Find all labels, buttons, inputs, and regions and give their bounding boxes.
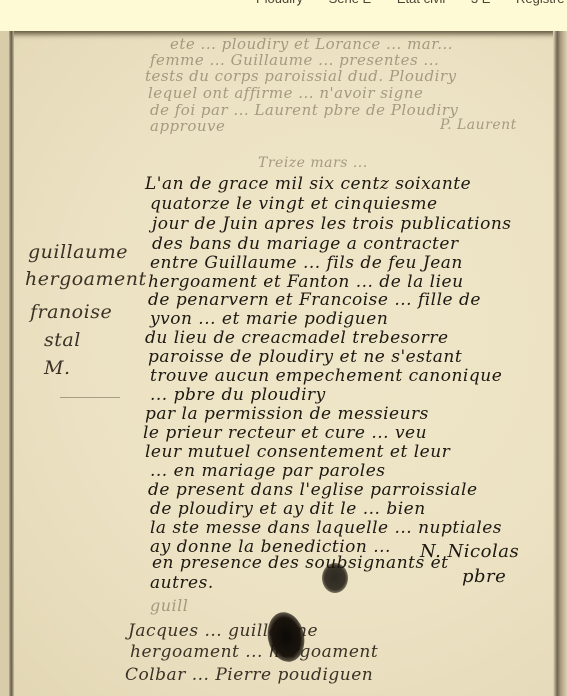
body-line: paroisse de ploudiry et ne s'estant bbox=[148, 347, 462, 367]
body-line: en presence des soubsignants et bbox=[152, 553, 449, 573]
body-line: trouve aucun empechement canonique bbox=[150, 366, 502, 386]
officiant-signature: N. Nicolas bbox=[420, 541, 519, 562]
body-line: des bans du mariage a contracter bbox=[152, 234, 459, 254]
page-binding-left bbox=[9, 31, 14, 696]
body-line: ... en mariage par paroles bbox=[150, 461, 385, 481]
body-line: par la permission de messieurs bbox=[145, 404, 429, 424]
officiant-title: pbre bbox=[462, 566, 506, 587]
body-line: de ploudiry et ay dit le ... bien bbox=[150, 499, 426, 519]
viewer-header: Ploudiry Série E Etat civil 3 E Registre bbox=[0, 0, 567, 31]
faded-line: lequel ont affirme ... n'avoir signe bbox=[148, 84, 423, 102]
page-edge-right bbox=[553, 31, 567, 696]
body-line: hergoament et Fanton ... de la lieu bbox=[148, 272, 464, 292]
faded-line: tests du corps paroissial dud. Ploudiry bbox=[145, 67, 457, 85]
body-line: entre Guillaume ... fils de feu Jean bbox=[150, 253, 463, 273]
breadcrumb-item[interactable]: 3 E bbox=[471, 0, 491, 6]
ink-blot bbox=[322, 563, 348, 593]
breadcrumb-item[interactable]: Ploudiry bbox=[256, 0, 303, 6]
margin-rule bbox=[60, 397, 120, 398]
margin-note-line: guillaume bbox=[28, 241, 128, 263]
body-line: leur mutuel consentement et leur bbox=[145, 442, 450, 462]
body-line: de penarvern et Francoise ... fille de bbox=[148, 290, 481, 310]
body-line: jour de Juin apres les trois publication… bbox=[152, 214, 512, 234]
margin-note-line: hergoament bbox=[25, 268, 147, 290]
signature: Colbar ... Pierre poudiguen bbox=[125, 665, 373, 685]
margin-note-line: M. bbox=[44, 357, 71, 379]
breadcrumb-item[interactable]: Série E bbox=[329, 0, 372, 6]
adjacent-page-edge bbox=[0, 31, 9, 696]
body-line: ... pbre du ploudiry bbox=[150, 385, 326, 405]
body-line: L'an de grace mil six centz soixante bbox=[145, 174, 471, 194]
body-line: de present dans l'eglise parroissiale bbox=[148, 480, 478, 500]
body-line: la ste messe dans laquelle ... nuptiales bbox=[150, 518, 502, 538]
margin-note-line: stal bbox=[44, 329, 81, 351]
document-image-viewer[interactable]: ete ... ploudiry et Lorance ... mar... f… bbox=[0, 31, 567, 696]
top-signature: P. Laurent bbox=[440, 117, 517, 133]
body-line: quatorze le vingt et cinquiesme bbox=[150, 194, 438, 214]
body-line: le prieur recteur et cure ... veu bbox=[143, 423, 427, 443]
faded-heading: Treize mars ... bbox=[258, 155, 368, 171]
body-line: autres. bbox=[150, 573, 214, 593]
signature: hergoament ... hergoament bbox=[130, 642, 378, 662]
body-line: yvon ... et marie podiguen bbox=[150, 309, 388, 329]
body-line: du lieu de creacmadel trebesorre bbox=[145, 328, 449, 348]
breadcrumb-item[interactable]: Etat civil bbox=[397, 0, 445, 6]
breadcrumb: Ploudiry Série E Etat civil 3 E Registre bbox=[256, 0, 567, 6]
faded-line: approuve bbox=[150, 117, 225, 135]
breadcrumb-item[interactable]: Registre bbox=[516, 0, 564, 6]
margin-note-line: franoise bbox=[30, 301, 112, 323]
signature: guill bbox=[150, 596, 188, 615]
